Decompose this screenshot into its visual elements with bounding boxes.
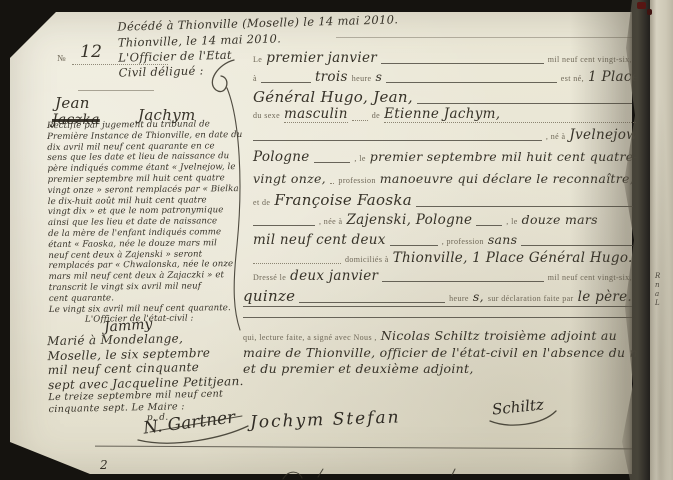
printed-profession2: , profession bbox=[442, 237, 484, 246]
act-number-guide-line bbox=[72, 64, 168, 65]
blank-rule bbox=[314, 160, 351, 163]
printed-de: de bbox=[372, 111, 380, 120]
form-rule bbox=[243, 306, 632, 307]
body-line-father-country: Pologne , le premier septembre mil huit … bbox=[253, 149, 638, 165]
hw-father-profession: manoeuvre qui déclare le reconnaître, bbox=[380, 171, 634, 186]
blank-rule bbox=[253, 223, 315, 226]
hw-heure-s: s bbox=[375, 69, 382, 84]
blank-rule bbox=[330, 181, 334, 184]
rectification-line: étant « Faoska, née le douze mars mil bbox=[48, 238, 246, 251]
hw-father-birthplace: Jvelnejow, bbox=[569, 127, 641, 143]
body-line-date: Le premier janvier mil neuf cent vingt-s… bbox=[253, 50, 632, 66]
printed-sur-declaration: sur déclaration faite par bbox=[488, 294, 574, 303]
body-line-declaration: quinze heure s, sur déclaration faite pa… bbox=[243, 287, 632, 305]
hw-hour: trois bbox=[315, 69, 348, 85]
rectification-line: Première Instance de Thionville, en date… bbox=[47, 130, 245, 143]
printed-heure2: heure bbox=[449, 294, 469, 303]
blank-rule bbox=[299, 300, 445, 303]
body-line-address: Général Hugo, Jean, bbox=[253, 88, 632, 106]
act-number: 12 bbox=[80, 42, 102, 62]
hw-father-birthdate2: vingt onze, bbox=[253, 171, 326, 186]
hw-domicile: Thionville, 1 Place Général Hugo. bbox=[393, 250, 633, 266]
hw-mother-profession: sans bbox=[488, 232, 518, 247]
scanned-register-page: Décédé à Thionville (Moselle) le 14 mai … bbox=[0, 0, 673, 480]
printed-ne-a: , né à bbox=[546, 132, 566, 141]
blank-rule bbox=[352, 118, 368, 121]
hw-address-name: Général Hugo, Jean, bbox=[253, 88, 413, 106]
printed-le3: , le bbox=[506, 217, 517, 226]
form-rule bbox=[336, 37, 632, 38]
blank-rule bbox=[381, 61, 544, 64]
hw-mother-birthdate: douze mars bbox=[522, 212, 598, 227]
closing-line-3: et du premier et deuxième adjoint, bbox=[243, 361, 632, 376]
body-line-sex-father: du sexe masculin de Etienne Jachym, bbox=[253, 106, 638, 123]
printed-dresse-le: Dressé le bbox=[253, 273, 286, 282]
next-act-number: 2 bbox=[100, 458, 108, 472]
hw-country: Pologne bbox=[253, 149, 310, 165]
printed-lecture-faite: qui, lecture faite, a signé avec Nous , bbox=[243, 333, 377, 342]
printed-year2: mil neuf cent vingt-six, bbox=[548, 273, 632, 282]
printed-le: Le bbox=[253, 55, 262, 64]
hw-act-date: deux janvier bbox=[290, 268, 378, 284]
hw-officer-title2: et du premier et deuxième adjoint, bbox=[243, 361, 474, 376]
closing-line-1: qui, lecture faite, a signé avec Nous , … bbox=[243, 328, 632, 343]
hw-declarant-role: le père. bbox=[578, 289, 632, 305]
body-line-mother-birth: , née à Zajenski, Pologne , le douze mar… bbox=[253, 212, 641, 228]
hw-father-birthdate: premier septembre mil huit cent quatre- bbox=[370, 149, 638, 164]
adjacent-page-sliver: R n a L bbox=[650, 0, 673, 480]
rectification-note: Rectifié par jugement du tribunal de Pre… bbox=[47, 119, 247, 326]
printed-profession: profession bbox=[338, 176, 375, 185]
adjacent-page-text: R n a L bbox=[655, 272, 661, 308]
printed-le2: , le bbox=[354, 154, 365, 163]
blank-rule bbox=[417, 101, 632, 104]
printed-a: à bbox=[253, 74, 257, 83]
rectification-line: vingt onze » seront remplacés par « Biel… bbox=[48, 184, 246, 197]
body-line-mother: et de Françoise Faoska bbox=[253, 191, 633, 209]
body-line-father-profession: vingt onze, profession manoeuvre qui déc… bbox=[253, 171, 638, 186]
hw-mother-name: Françoise Faoska bbox=[274, 191, 412, 209]
blank-rule bbox=[253, 261, 341, 264]
printed-et-de: et de bbox=[253, 198, 270, 207]
printed-year: mil neuf cent vingt-six, bbox=[548, 55, 632, 64]
act-number-label: № bbox=[57, 53, 66, 63]
blank-rule bbox=[476, 223, 502, 226]
printed-du-sexe: du sexe bbox=[253, 111, 280, 120]
hw-sex: masculin bbox=[284, 106, 348, 123]
body-line-domicile: domiciliés à Thionville, 1 Place Général… bbox=[253, 250, 633, 266]
form-rule bbox=[243, 317, 632, 318]
hw-officer-title: maire de Thionville, officier de l'état-… bbox=[243, 345, 668, 360]
closing-line-2: maire de Thionville, officier de l'état-… bbox=[243, 345, 632, 360]
printed-heure: heure bbox=[352, 74, 372, 83]
margin-short-rule bbox=[78, 90, 154, 91]
hw-father-name: Etienne Jachym, bbox=[384, 106, 638, 123]
printed-nee-a: , née à bbox=[319, 217, 342, 226]
margin-first-name: Jean bbox=[55, 94, 90, 112]
hw-mother-birthyear: mil neuf cent deux bbox=[253, 232, 386, 248]
body-line-mother-profession: mil neuf cent deux , profession sans bbox=[253, 232, 633, 248]
blank-rule bbox=[261, 80, 311, 83]
hw-officer-name: Nicolas Schiltz troisième adjoint au bbox=[381, 328, 617, 343]
blank-rule bbox=[521, 243, 633, 246]
body-line-hour: à trois heure s est né, 1 Place bbox=[253, 69, 640, 85]
hw-date: premier janvier bbox=[266, 50, 377, 66]
body-line-father-birth: , né à Jvelnejow, bbox=[253, 127, 641, 143]
hw-heure-s2: s, bbox=[473, 289, 484, 304]
hw-act-hour: quinze bbox=[243, 287, 295, 305]
printed-est-ne: est né, bbox=[561, 74, 584, 83]
blank-rule bbox=[390, 243, 438, 246]
printed-domicilies: domiciliés à bbox=[345, 255, 389, 264]
blank-rule bbox=[416, 204, 633, 207]
hw-mother-birthplace: Zajenski, Pologne bbox=[346, 212, 472, 228]
blank-rule bbox=[253, 138, 542, 141]
blank-rule bbox=[386, 80, 557, 83]
binding-mark bbox=[637, 2, 646, 9]
binding-mark bbox=[647, 9, 652, 15]
blank-rule bbox=[382, 279, 543, 282]
body-line-dresse: Dressé le deux janvier mil neuf cent vin… bbox=[253, 268, 632, 284]
